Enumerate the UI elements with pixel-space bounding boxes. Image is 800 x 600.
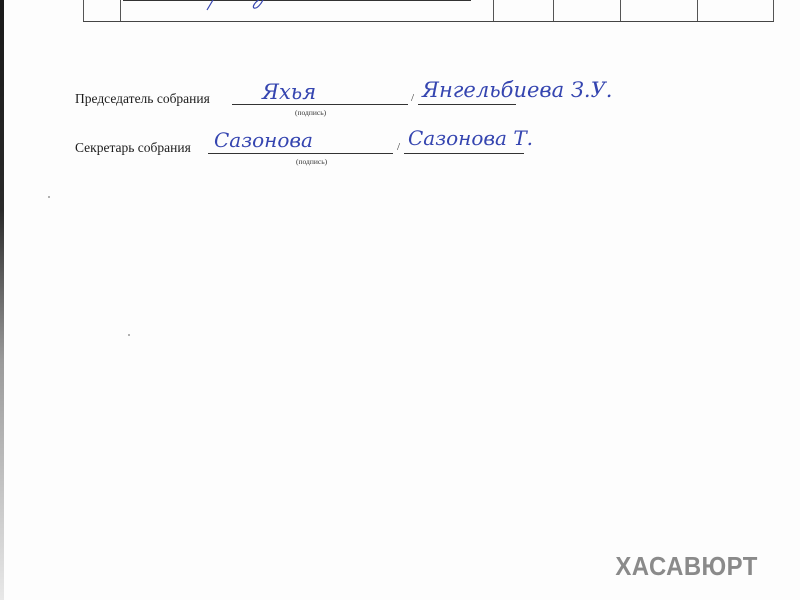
secretary-signature: Сазонова <box>214 128 313 152</box>
table-border-right <box>773 0 774 21</box>
secretary-name-line <box>404 153 524 154</box>
chairman-signature-caption: (подпись) <box>295 108 326 117</box>
secretary-name: Сазонова Т. <box>408 126 533 150</box>
table-col-divider <box>553 0 554 21</box>
secretary-signature-caption: (подпись) <box>296 157 327 166</box>
secretary-separator: / <box>397 141 400 153</box>
chairman-separator: / <box>411 92 414 104</box>
chairman-name-line <box>418 104 516 105</box>
chairman-label: Председатель собрания <box>75 91 210 107</box>
secretary-signature-line <box>208 153 393 154</box>
scan-speck <box>128 334 130 336</box>
chairman-name: Янгельбиева З.У. <box>422 78 612 102</box>
table-col-divider <box>120 0 121 21</box>
table-col-divider <box>620 0 621 21</box>
chairman-signature-line <box>232 104 408 105</box>
scan-edge <box>0 0 4 600</box>
secretary-label: Секретарь собрания <box>75 140 191 156</box>
table-border-left <box>83 0 84 21</box>
watermark: ХАСАВЮРТ <box>616 551 758 582</box>
table-col-divider <box>493 0 494 21</box>
table-signature-line <box>123 0 471 1</box>
handwriting-fragment <box>205 0 275 12</box>
chairman-signature: Яхья <box>262 80 316 104</box>
scan-speck <box>48 196 50 198</box>
table-col-divider <box>697 0 698 21</box>
table-bottom-row <box>83 0 774 22</box>
